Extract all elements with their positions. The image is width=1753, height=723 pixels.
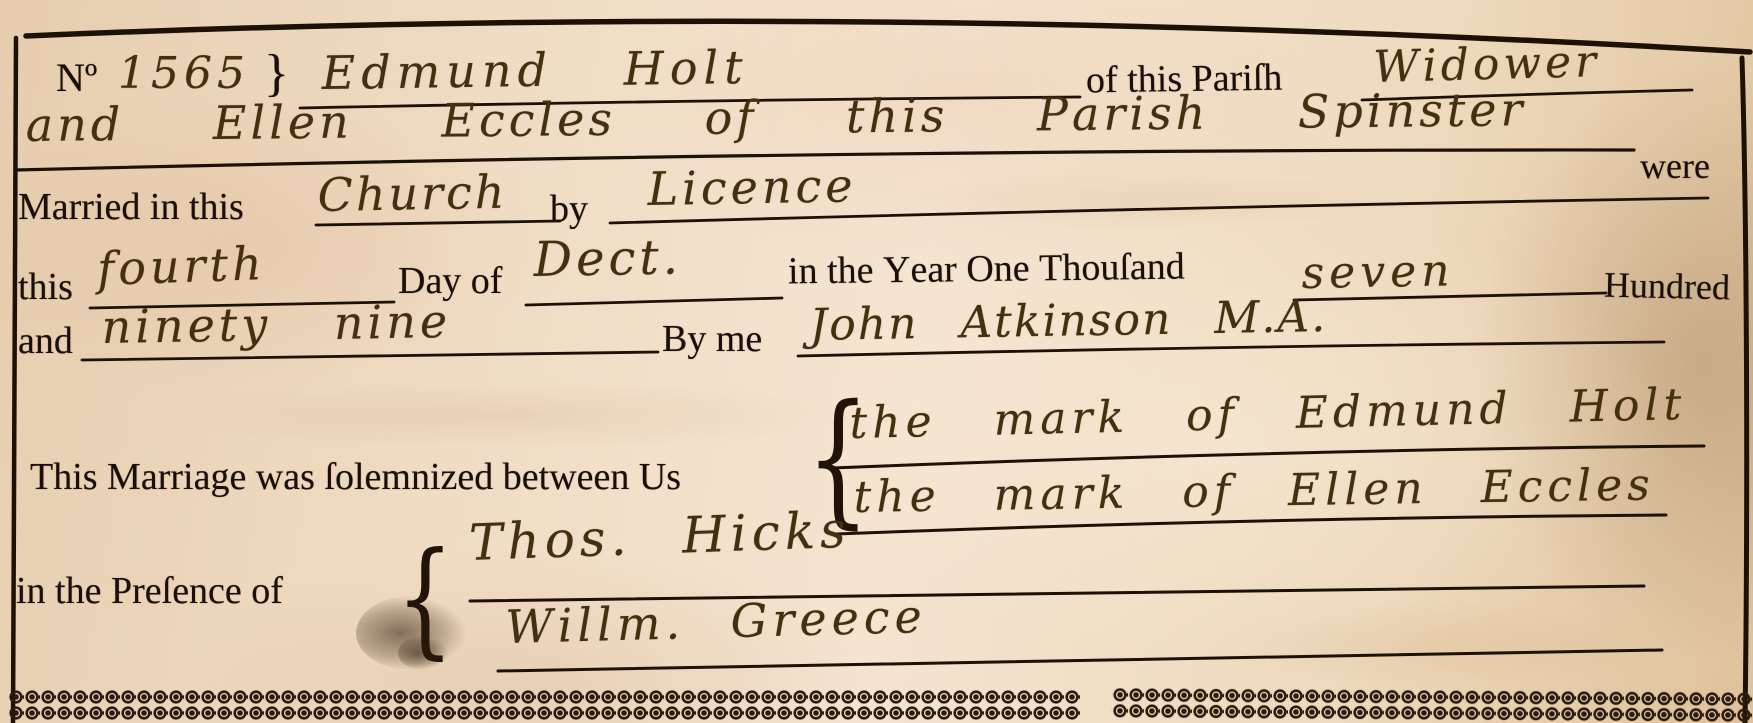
rule-line5-year (82, 352, 658, 360)
ink-smudge (398, 636, 448, 670)
witness1-signature: Thos. Hicks (468, 505, 851, 568)
solemnized-label: This Marriage was ſolemnized between Us (30, 458, 681, 496)
year-phrase-label: in the Year One Thouſand (788, 248, 1185, 291)
rule-line3-place (316, 221, 560, 225)
right-border-rule (1742, 58, 1747, 723)
bride-mark-entry: the mark of Ellen Eccles (853, 463, 1655, 520)
hundred-label: Hundred (1604, 267, 1731, 306)
entry-number-brace: } (264, 48, 289, 100)
presence-label: in the Preſence of (16, 572, 283, 610)
married-in-this-label: Married in this (18, 188, 244, 226)
month-entry: Dect. (533, 233, 682, 284)
day-entry: fourth (96, 240, 266, 292)
register-page: Nº 1565 } Edmund Holt of this Pariſh Wid… (0, 0, 1753, 723)
ornament-border-right (1112, 686, 1753, 723)
entry-number-value: 1565 (118, 52, 250, 96)
rule-witness2 (498, 650, 1662, 671)
this-label: this (18, 268, 73, 306)
witness2-signature: Willm. Greece (505, 593, 928, 650)
left-border-rule (13, 38, 16, 723)
rule-line4-month (526, 298, 782, 305)
year-tens-entry: ninety nine (101, 298, 451, 350)
were-label: were (1640, 148, 1710, 184)
officiant-entry: John Atkinson M.A. (809, 295, 1327, 348)
method-entry: Licence (647, 162, 857, 212)
ornament-border-left (8, 688, 1080, 722)
place-entry: Church (317, 169, 508, 218)
entry-number-label: Nº (56, 58, 97, 98)
groom-name-entry: Edmund Holt (321, 44, 749, 96)
by-me-label: By me (662, 320, 762, 358)
hundreds-entry: seven (1301, 249, 1455, 296)
and-label: and (18, 322, 73, 360)
by-label: by (550, 190, 588, 228)
